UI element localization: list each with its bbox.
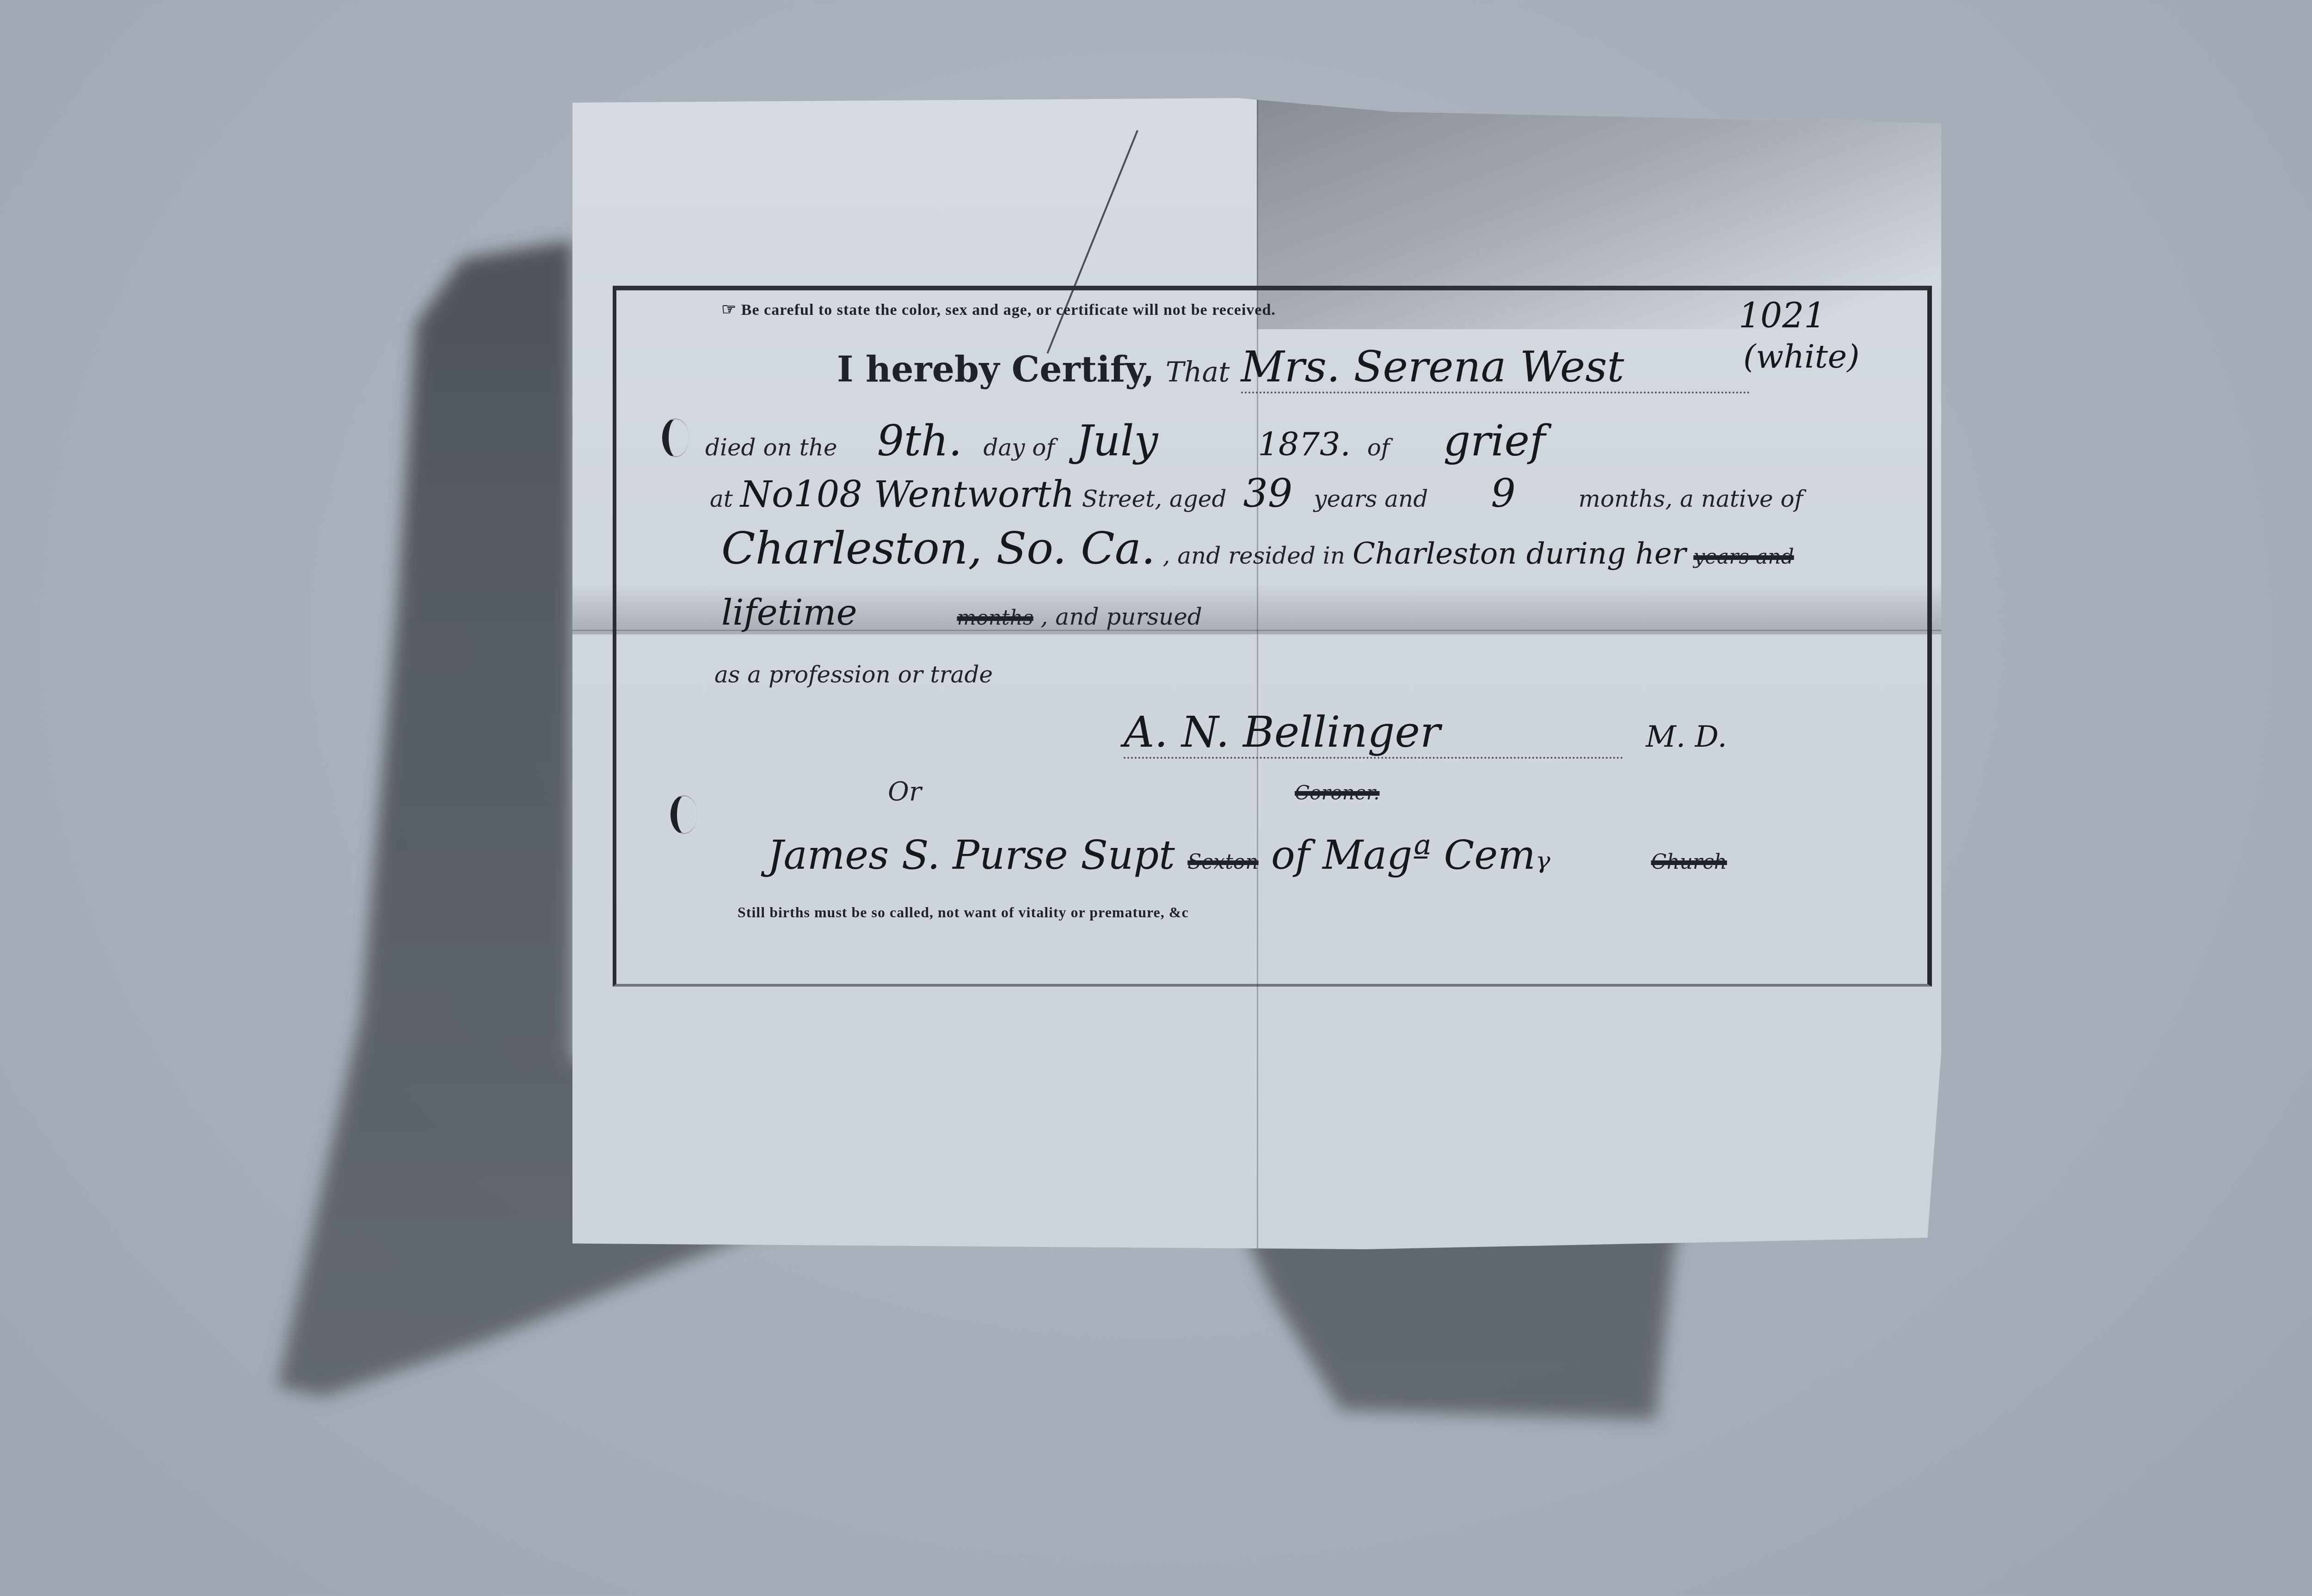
age-months: 9: [1491, 471, 1515, 516]
deceased-name: Mrs. Serena West: [1241, 342, 1750, 393]
drawing-scene: ☞ Be careful to state the color, sex and…: [0, 0, 2312, 1596]
or-label: Or: [888, 777, 922, 807]
sexton-signature-line: James S. Purse Supt Sexton of Magª Cemᵧ …: [768, 832, 1727, 878]
certificate-number: 1021: [1739, 296, 1826, 336]
struck-months: months: [957, 606, 1033, 630]
years-label: years and: [1314, 485, 1428, 512]
native-of: Charleston, So. Ca.: [721, 522, 1156, 574]
death-year: 1873.: [1258, 425, 1350, 463]
cemetery-name: of Magª Cemᵧ: [1271, 832, 1550, 878]
cause-of-death: grief: [1443, 416, 1545, 466]
death-date-line: died on the 9th. day of July 1873. of gr…: [705, 416, 1545, 466]
physician-signature: A. N. Bellinger: [1124, 707, 1623, 759]
struck-church: Church: [1651, 850, 1727, 874]
physician-title: M. D.: [1646, 720, 1727, 754]
warning-text: Be careful to state the color, sex and a…: [741, 301, 1276, 319]
death-month: July: [1076, 416, 1158, 466]
still-births-note: Still births must be so called, not want…: [738, 904, 1189, 921]
address-age-line: at No108 Wentworth Street, aged 39 years…: [710, 471, 1803, 516]
death-day: 9th.: [877, 416, 962, 466]
punch-hole-top: [662, 418, 689, 457]
that-label: That: [1166, 356, 1230, 388]
street-label: Street, aged: [1082, 485, 1227, 512]
lifetime: lifetime: [721, 592, 857, 633]
profession-label: as a profession or trade: [714, 661, 993, 688]
certify-heading: I hereby Certify,: [837, 349, 1155, 390]
struck-sexton: Sexton: [1187, 850, 1259, 874]
pointing-hand-icon: ☞: [721, 300, 737, 319]
at-label: at: [710, 485, 733, 512]
race-note: (white): [1743, 338, 1860, 375]
died-on-label: died on the: [705, 434, 837, 461]
struck-years-and: years and: [1693, 545, 1794, 569]
resided-label: , and resided in: [1162, 542, 1345, 569]
lifetime-line: lifetime months , and pursued: [721, 592, 1202, 633]
months-label: months, a native of: [1579, 485, 1803, 512]
struck-coroner: Coroner.: [1295, 781, 1380, 804]
warning-line: ☞ Be careful to state the color, sex and…: [721, 300, 1276, 319]
native-residence-line: Charleston, So. Ca. , and resided in Cha…: [721, 522, 1794, 574]
residence: Charleston during her: [1353, 537, 1686, 571]
pursued-label: , and pursued: [1041, 603, 1202, 630]
punch-hole-bottom: [670, 795, 697, 834]
physician-signature-line: A. N. Bellinger M. D.: [1124, 707, 1727, 759]
certify-line: I hereby Certify, That Mrs. Serena West: [837, 342, 1750, 393]
sexton-signature: James S. Purse Supt: [768, 832, 1175, 878]
address: No108 Wentworth: [740, 474, 1075, 516]
age-years: 39: [1243, 471, 1292, 516]
day-of-label: day of: [983, 434, 1055, 461]
of-label: of: [1367, 434, 1390, 461]
